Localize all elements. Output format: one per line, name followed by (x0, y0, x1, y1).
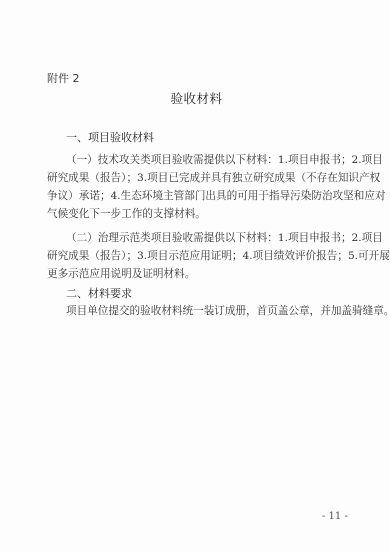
para1-line: 研究成果（报告）；3.项目已完成并具有独立研究成果（不存在知识产权 (47, 170, 380, 185)
para1-line: 争议）承诺；4.生态环境主管部门出具的可用于指导污染防治攻坚和应对 (47, 188, 386, 203)
section-heading-2: 二、材料要求 (66, 285, 132, 301)
page-number: - 11 - (322, 511, 348, 522)
attachment-label: 附件 2 (47, 70, 80, 86)
para1-line: （一）技术攻关类项目验收需提供以下材料：1.项目申报书；2.项目 (66, 152, 383, 167)
para2-line: （二）治理示范类项目验收需提供以下材料：1.项目申报书；2.项目 (66, 230, 383, 245)
para1-line: 气候变化下一步工作的支撑材料。 (47, 206, 206, 221)
page-title: 验收材料 (0, 89, 390, 107)
para2-line: 研究成果（报告）；3.项目示范应用证明；4.项目绩效评价报告；5.可开展 (47, 248, 390, 263)
para2-line: 更多示范应用说明及证明材料。 (47, 266, 195, 281)
section-heading-1: 一、项目验收材料 (66, 129, 154, 145)
section2-paragraph: 项目单位提交的验收材料统一装订成册，首页盖公章，并加盖骑缝章。 (66, 303, 390, 318)
